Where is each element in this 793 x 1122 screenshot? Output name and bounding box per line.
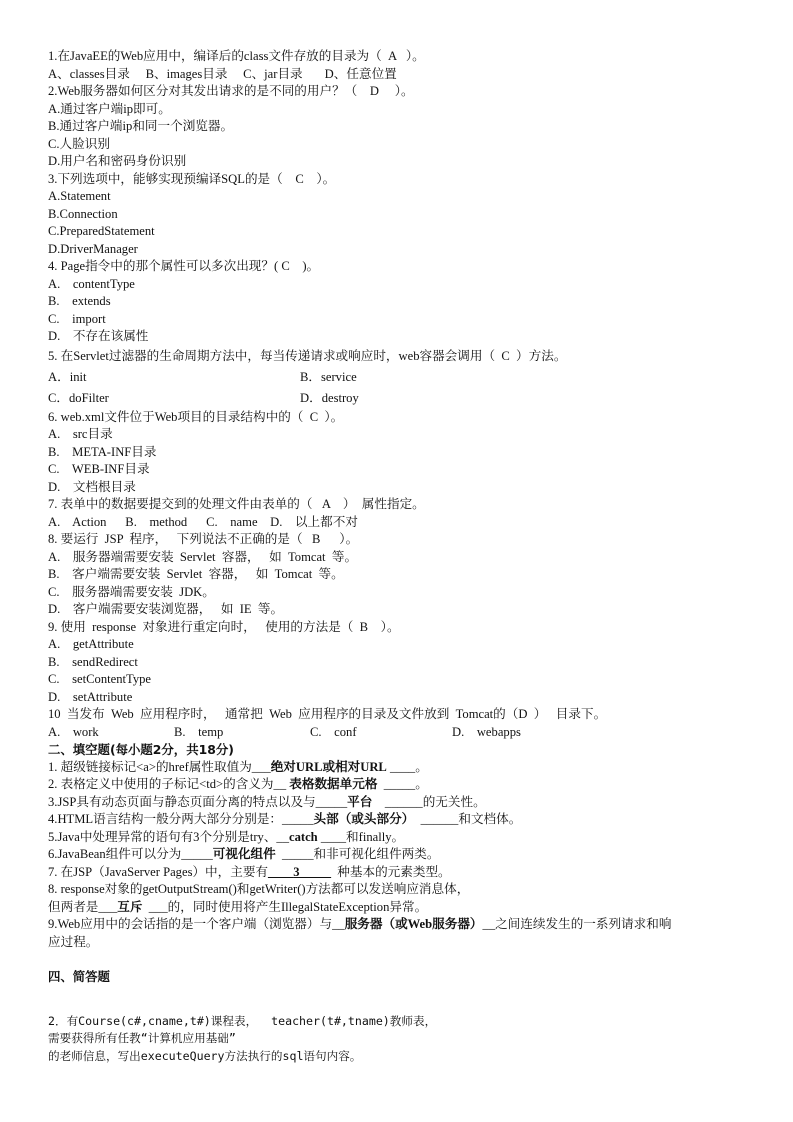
question-4-option-c: C. import	[48, 311, 768, 329]
blank: __	[483, 917, 496, 931]
question-10-option-b: B. temp	[174, 724, 310, 742]
question-7-stem: 7. 表单中的数据要提交到的处理文件由表单的（ A ） 属性指定。	[48, 496, 768, 514]
fill-section-title: 二、填空题(每小题2分，共18分)	[48, 741, 768, 759]
question-3-option-b: B.Connection	[48, 206, 768, 224]
spacer	[48, 986, 768, 1003]
fill-item-text: 。	[415, 760, 428, 774]
fill-answer: 表格数据单元格	[289, 777, 377, 791]
fill-item-text: 4.HTML语言结构一般分两大部分分别是：	[48, 812, 282, 826]
blank: _____	[276, 847, 314, 861]
fill-item-text: 3.JSP具有动态页面与静态页面分离的特点以及与	[48, 795, 316, 809]
blank: _____	[282, 812, 313, 826]
question-5-options-row-2: C．doFilter D．destroy	[48, 388, 768, 409]
blank: _____	[377, 777, 415, 791]
fill-item-8-line-2: 但两者是___互斥 ___的，同时使用将产生IllegalStateExcept…	[48, 899, 768, 917]
question-9-option-b: B. sendRedirect	[48, 654, 768, 672]
question-2-option-c: C.人脸识别	[48, 136, 768, 154]
fill-answer: 服务器（或Web服务器）	[345, 917, 483, 931]
question-9-option-a: A. getAttribute	[48, 636, 768, 654]
fill-item-text: 和文档体。	[458, 812, 521, 826]
fill-answer: 可视化组件	[213, 847, 276, 861]
short-answer-section-title: 四、简答题	[48, 968, 768, 986]
fill-item-text: 的，同时使用将产生IllegalStateException异常。	[168, 900, 428, 914]
blank: __	[276, 830, 289, 844]
blank: ___	[98, 900, 117, 914]
fill-item-text: 种基本的元素类型。	[331, 865, 451, 879]
question-1-stem: 1.在JavaEE的Web应用中，编译后的class文件存放的目录为（ A ）。	[48, 48, 768, 66]
question-3-option-c: C.PreparedStatement	[48, 223, 768, 241]
blank: ____	[318, 830, 346, 844]
fill-item-5: 5.Java中处理异常的语句有3个分别是try、__catch ____和fin…	[48, 829, 768, 847]
fill-item-text: 2. 表格定义中使用的子标记<td>的含义为	[48, 777, 274, 791]
question-8-option-d: D. 客户端需要安装浏览器， 如 IE 等。	[48, 601, 768, 619]
fill-item-text: 6.JavaBean组件可以分为	[48, 847, 181, 861]
question-4-option-d: D. 不存在该属性	[48, 328, 768, 346]
fill-item-text: 7. 在JSP（JavaServer Pages）中，主要有	[48, 865, 268, 879]
short-answer-question-line-2: 需要获得所有任教“计算机应用基础”	[48, 1030, 768, 1048]
fill-item-text: 和finally。	[346, 830, 404, 844]
question-2-option-b: B.通过客户端ip和同一个浏览器。	[48, 118, 768, 136]
fill-item-7: 7. 在JSP（JavaServer Pages）中，主要有____3_____…	[48, 864, 768, 882]
question-5-option-a: A．init	[48, 367, 300, 388]
question-5-option-c: C．doFilter	[48, 388, 300, 409]
question-7-options: A. Action B. method C. name D. 以上都不对	[48, 514, 768, 532]
question-10-option-c: C. conf	[310, 724, 452, 742]
fill-answer-underlined: ____3_____	[268, 865, 331, 879]
question-5-option-d: D．destroy	[300, 388, 359, 409]
question-3-option-a: A.Statement	[48, 188, 768, 206]
blank: ____	[387, 760, 415, 774]
fill-answer: 头部（或头部分）	[314, 812, 415, 826]
question-5-stem: 5. 在Servlet过滤器的生命周期方法中，每当传递请求或响应时，web容器会…	[48, 346, 768, 367]
question-8-option-c: C. 服务器端需要安装 JDK。	[48, 584, 768, 602]
blank: ______	[414, 812, 458, 826]
question-1-options: A、classes目录 B、images目录 C、jar目录 D、任意位置	[48, 66, 768, 84]
question-6-option-a: A. src目录	[48, 426, 768, 444]
question-2-option-d: D.用户名和密码身份识别	[48, 153, 768, 171]
question-8-option-a: A. 服务器端需要安装 Servlet 容器， 如 Tomcat 等。	[48, 549, 768, 567]
fill-item-6: 6.JavaBean组件可以分为_____可视化组件 _____和非可视化组件两…	[48, 846, 768, 864]
blank: __	[274, 777, 290, 791]
spacer	[48, 951, 768, 968]
blank: ____	[268, 865, 293, 879]
question-2-option-a: A.通过客户端ip即可。	[48, 101, 768, 119]
fill-item-text: 9.Web应用中的会话指的是一个客户端（浏览器）与	[48, 917, 332, 931]
question-8-option-b: B. 客户端需要安装 Servlet 容器， 如 Tomcat 等。	[48, 566, 768, 584]
blank: _____	[300, 865, 331, 879]
question-10-options: A. work B. temp C. conf D. webapps	[48, 724, 768, 742]
fill-item-9-line-1: 9.Web应用中的会话指的是一个客户端（浏览器）与__服务器（或Web服务器）_…	[48, 916, 768, 934]
fill-item-text: 。	[415, 777, 428, 791]
fill-answer: catch	[289, 830, 318, 844]
fill-item-8-line-1: 8. response对象的getOutputStream()和getWrite…	[48, 881, 768, 899]
question-9-option-c: C. setContentType	[48, 671, 768, 689]
fill-item-9-line-2: 应过程。	[48, 934, 768, 952]
fill-item-text: 之间连续发生的一系列请求和响	[495, 917, 671, 931]
fill-item-text: 1. 超级链接标记<a>的href属性取值为	[48, 760, 252, 774]
blank: ___	[142, 900, 167, 914]
question-3-stem: 3.下列选项中，能够实现预编译SQL的是（ C ）。	[48, 171, 768, 189]
question-5-options-row-1: A．init B．service	[48, 367, 768, 388]
fill-item-text: 5.Java中处理异常的语句有3个分别是try、	[48, 830, 276, 844]
question-6-option-b: B. META-INF目录	[48, 444, 768, 462]
blank: ______	[372, 795, 422, 809]
question-10-stem: 10 当发布 Web 应用程序时， 通常把 Web 应用程序的目录及文件放到 T…	[48, 706, 768, 724]
question-6-option-c: C. WEB-INF目录	[48, 461, 768, 479]
spacer	[48, 1003, 768, 1013]
blank: _____	[181, 847, 212, 861]
fill-answer: 绝对URL或相对URL	[271, 760, 387, 774]
fill-answer: 平台	[347, 795, 372, 809]
question-10-option-d: D. webapps	[452, 724, 521, 742]
question-8-stem: 8. 要运行 JSP 程序， 下列说法不正确的是（ B ）。	[48, 531, 768, 549]
blank: _____	[316, 795, 347, 809]
fill-item-3: 3.JSP具有动态页面与静态页面分离的特点以及与_____平台 ______的无…	[48, 794, 768, 812]
blank: ___	[252, 760, 271, 774]
question-3-option-d: D.DriverManager	[48, 241, 768, 259]
question-9-option-d: D. setAttribute	[48, 689, 768, 707]
short-answer-question-line-1: 2．有Course(c#,cname,t#)课程表， teacher(t#,tn…	[48, 1013, 768, 1031]
short-answer-question-line-3: 的老师信息，写出executeQuery方法执行的sql语句内容。	[48, 1048, 768, 1066]
fill-item-text: 但两者是	[48, 900, 98, 914]
fill-item-4: 4.HTML语言结构一般分两大部分分别是：_____头部（或头部分） _____…	[48, 811, 768, 829]
question-9-stem: 9. 使用 response 对象进行重定向时， 使用的方法是（ B ）。	[48, 619, 768, 637]
fill-item-2: 2. 表格定义中使用的子标记<td>的含义为__ 表格数据单元格 _____。	[48, 776, 768, 794]
question-6-option-d: D. 文档根目录	[48, 479, 768, 497]
fill-item-text: 和非可视化组件两类。	[314, 847, 440, 861]
question-5-option-b: B．service	[300, 367, 357, 388]
fill-item-1: 1. 超级链接标记<a>的href属性取值为___绝对URL或相对URL ___…	[48, 759, 768, 777]
fill-answer: 互斥	[117, 900, 142, 914]
question-4-stem: 4. Page指令中的那个属性可以多次出现？( C )。	[48, 258, 768, 276]
question-4-option-b: B. extends	[48, 293, 768, 311]
question-6-stem: 6. web.xml文件位于Web项目的目录结构中的（ C ）。	[48, 409, 768, 427]
question-10-option-a: A. work	[48, 724, 174, 742]
question-4-option-a: A. contentType	[48, 276, 768, 294]
blank: __	[332, 917, 345, 931]
question-2-stem: 2.Web服务器如何区分对其发出请求的是不同的用户？（ D ）。	[48, 83, 768, 101]
document-page: 1.在JavaEE的Web应用中，编译后的class文件存放的目录为（ A ）。…	[48, 48, 768, 1065]
fill-item-text: 的无关性。	[423, 795, 486, 809]
